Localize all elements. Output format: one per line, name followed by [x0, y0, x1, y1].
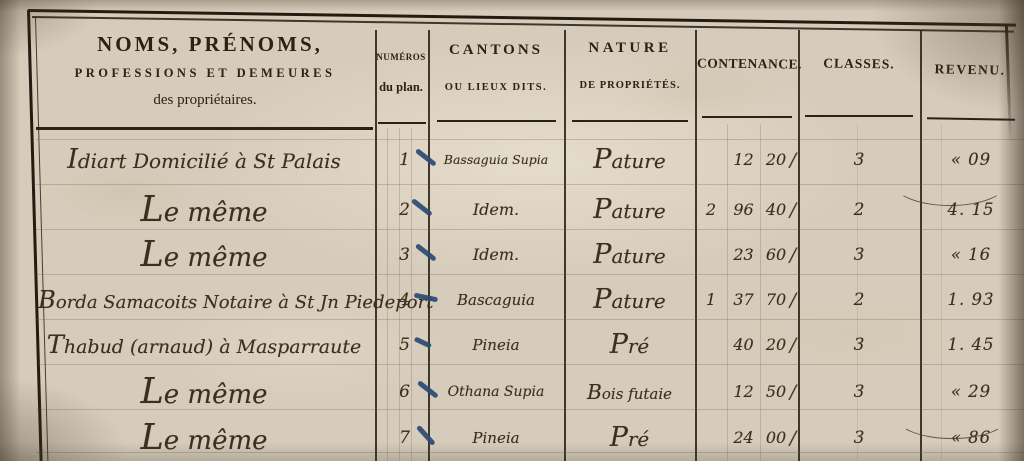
owner-name: Le même	[38, 232, 370, 278]
contenance-ha: 1	[695, 277, 727, 323]
col-header-cantons-line1: CANTONS	[432, 42, 560, 59]
table-row: Le même 2 Idem. Pature 2 96 40 / 2 4. 15	[0, 187, 1024, 233]
contenance-a: 24	[727, 415, 760, 461]
canton-name: Pineia	[430, 415, 562, 461]
owner-name: Le même	[38, 369, 370, 415]
table-row: Le même 6 Othana Supia Bois futaie 12 50…	[0, 369, 1024, 415]
canton-name: Idem.	[430, 187, 562, 233]
table-row: Le même 7 Pineia Pré 24 00 / 3 « 86	[0, 415, 1024, 461]
contenance-ha	[695, 232, 727, 278]
col-header-noms-line1: NOMS, PRÉNOMS,	[60, 32, 360, 57]
revenu-value: 1. 93	[922, 277, 1020, 323]
col-header-cantons-line2: OU LIEUX DITS.	[430, 82, 562, 93]
contenance-a: 12	[727, 137, 760, 183]
col-header-nature-line2: DE PROPRIÉTÉS.	[566, 80, 694, 91]
table-row: Idiart Domicilié à St Palais 1 Bassaguia…	[0, 137, 1024, 183]
col-header-plan-line2: du plan.	[374, 80, 428, 95]
contenance-value: 23 60	[695, 232, 792, 278]
underline-nature	[572, 120, 688, 122]
canton-name: Bascaguia	[430, 277, 562, 323]
contenance-ha	[695, 415, 727, 461]
owner-name: Thabud (arnaud) à Masparraute	[38, 322, 370, 368]
nature-value: Pré	[566, 415, 693, 461]
revenu-value: « 16	[922, 232, 1020, 278]
nature-value: Pature	[566, 232, 693, 278]
contenance-a: 23	[727, 232, 760, 278]
nature-value: Pature	[566, 277, 693, 323]
col-header-classes: CLASSES.	[800, 55, 918, 73]
canton-name: Bassaguia Supia	[430, 137, 562, 183]
contenance-ha	[695, 322, 727, 368]
underline-revenu	[927, 117, 1015, 120]
contenance-ha	[695, 369, 727, 415]
nature-value: Pature	[566, 187, 693, 233]
col-header-revenu: REVENU.	[922, 61, 1018, 79]
owner-name: Borda Samacoits Notaire à St Jn Piedepor…	[38, 277, 370, 323]
plan-number: 7	[378, 415, 410, 461]
contenance-a: 12	[727, 369, 760, 415]
classe-value: 2	[800, 277, 918, 323]
contenance-value: 1 37 70	[695, 277, 792, 323]
ink-flourish	[893, 160, 1007, 206]
contenance-a: 40	[727, 322, 760, 368]
col-header-nature-line1: NATURE	[568, 40, 692, 57]
plan-number: 5	[378, 322, 410, 368]
contenance-value: 2 96 40	[695, 187, 792, 233]
guide-line	[36, 184, 1024, 185]
col-header-noms-line2: PROFESSIONS ET DEMEURES	[45, 66, 365, 81]
ink-flourish	[896, 395, 1008, 439]
contenance-a: 37	[727, 277, 760, 323]
contenance-value: 24 00	[695, 415, 792, 461]
col-header-contenance: CONTENANCE.	[697, 55, 795, 72]
plan-number: 1	[378, 137, 410, 183]
table-row: Thabud (arnaud) à Masparraute 5 Pineia P…	[0, 322, 1024, 368]
classe-value: 3	[800, 232, 918, 278]
owner-name: Le même	[38, 187, 370, 233]
plan-number: 2	[378, 187, 410, 233]
classe-value: 3	[800, 322, 918, 368]
table-row: Borda Samacoits Notaire à St Jn Piedepor…	[0, 277, 1024, 323]
contenance-ha: 2	[695, 187, 727, 233]
underline-plan	[378, 122, 426, 124]
contenance-value: 12 50	[695, 369, 792, 415]
plan-number: 3	[378, 232, 410, 278]
nature-value: Pré	[566, 322, 693, 368]
contenance-a: 96	[727, 187, 760, 233]
plan-number: 4	[378, 277, 410, 323]
canton-name: Othana Supia	[430, 369, 562, 415]
cadastral-register-page: NOMS, PRÉNOMS, PROFESSIONS ET DEMEURES d…	[0, 0, 1024, 461]
underline-contenance	[702, 116, 792, 118]
table-row: Le même 3 Idem. Pature 23 60 / 3 « 16	[0, 232, 1024, 278]
contenance-value: 40 20	[695, 322, 792, 368]
underline-noms	[36, 127, 373, 130]
col-header-plan-line1: NUMÉROS	[374, 52, 428, 62]
underline-cantons	[437, 120, 556, 122]
owner-name: Idiart Domicilié à St Palais	[38, 137, 370, 183]
contenance-ha	[695, 137, 727, 183]
canton-name: Pineia	[430, 322, 562, 368]
nature-value: Bois futaie	[566, 369, 693, 415]
canton-name: Idem.	[430, 232, 562, 278]
owner-name: Le même	[38, 415, 370, 461]
contenance-value: 12 20	[695, 137, 792, 183]
underline-classes	[805, 115, 913, 117]
plan-number: 6	[378, 369, 410, 415]
revenu-value: 1. 45	[922, 322, 1020, 368]
col-header-noms-line3: des propriétaires.	[100, 92, 310, 109]
nature-value: Pature	[566, 137, 693, 183]
table-right-border	[1005, 24, 1012, 144]
